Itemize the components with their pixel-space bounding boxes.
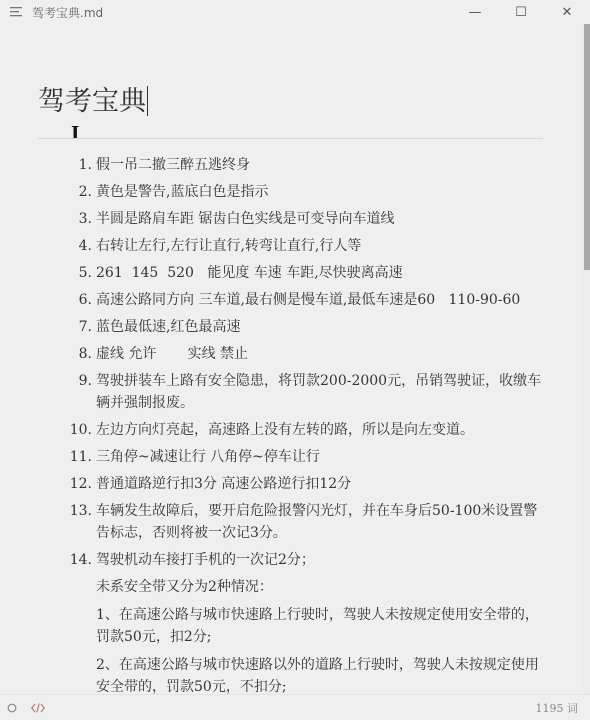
list-item[interactable]: 5.261 145 520 能见度 车速 车距,尽快驶离高速 xyxy=(0,260,546,287)
heading-divider xyxy=(38,138,543,139)
ibeam-cursor-icon: I xyxy=(71,123,79,144)
list-item[interactable]: 6.高速公路同方向 三车道,最右侧是慢车道,最低车速是60 110-90-60 xyxy=(0,287,546,314)
list-item[interactable]: 12.普通道路逆行扣3分 高速公路逆行扣12分 xyxy=(0,471,546,498)
list-item[interactable]: 1.假一吊二撤三醉五逃终身 xyxy=(0,152,546,179)
list-item[interactable]: 4.右转让左行,左行让直行,转弯让直行,行人等 xyxy=(0,233,546,260)
editor-content[interactable]: 驾考宝典 I 1.假一吊二撤三醉五逃终身 2.黄色是警告,蓝底白色是指示 3.半… xyxy=(0,24,583,694)
minimize-icon: — xyxy=(469,5,482,20)
list-item[interactable]: 8.虚线 允许 实线 禁止 xyxy=(0,341,546,368)
list-item[interactable]: 7.蓝色最低速,红色最高速 xyxy=(0,314,546,341)
window-title: 驾考宝典.md xyxy=(32,4,103,21)
list-item[interactable]: 10.左边方向灯亮起，高速路上没有左转的路，所以是向左变道。 xyxy=(0,417,546,444)
paragraph[interactable]: 2、在高速公路与城市快速路以外的道路上行驶时，驾驶人未按规定使用安全带的，罚款5… xyxy=(96,651,546,694)
paragraph[interactable]: 未系安全带又分为2种情况： xyxy=(96,574,546,601)
list-item[interactable]: 13.车辆发生故障后，要开启危险报警闪光灯，并在车身后50-100米设置警告标志… xyxy=(0,498,546,547)
word-count[interactable]: 1195 词 xyxy=(536,700,579,716)
status-bar: 1195 词 xyxy=(0,694,590,720)
document-heading[interactable]: 驾考宝典 xyxy=(38,84,148,120)
paragraph[interactable]: 1、在高速公路与城市快速路上行驶时，驾驶人未按规定使用安全带的，罚款50元，扣2… xyxy=(96,601,546,651)
list-item[interactable]: 9.驾驶拼装车上路有安全隐患，将罚款200-2000元，吊销驾驶证，收缴车辆并强… xyxy=(0,368,546,417)
list-item[interactable]: 3.半圆是路肩车距 锯齿白色实线是可变导向车道线 xyxy=(0,206,546,233)
close-button[interactable]: ✕ xyxy=(544,0,590,24)
window-controls: — ☐ ✕ xyxy=(452,0,590,24)
rules-list: 1.假一吊二撤三醉五逃终身 2.黄色是警告,蓝底白色是指示 3.半圆是路肩车距 … xyxy=(0,152,583,694)
circle-icon[interactable] xyxy=(0,703,24,713)
menu-icon[interactable] xyxy=(4,0,30,24)
maximize-icon: ☐ xyxy=(515,5,527,20)
close-icon: ✕ xyxy=(562,5,573,20)
code-icon[interactable] xyxy=(26,703,50,713)
maximize-button[interactable]: ☐ xyxy=(498,0,544,24)
text-caret xyxy=(147,86,148,116)
list-item[interactable]: 2.黄色是警告,蓝底白色是指示 xyxy=(0,179,546,206)
title-bar: 驾考宝典.md — ☐ ✕ xyxy=(0,0,590,24)
list-item[interactable]: 14. 驾驶机动车接打手机的一次记2分； 未系安全带又分为2种情况： 1、在高速… xyxy=(0,547,546,694)
vertical-scrollbar[interactable] xyxy=(583,24,590,694)
list-item[interactable]: 11.三角停~减速让行 八角停~停车让行 xyxy=(0,444,546,471)
list-item-paragraphs: 未系安全带又分为2种情况： 1、在高速公路与城市快速路上行驶时，驾驶人未按规定使… xyxy=(96,574,546,694)
scrollbar-thumb[interactable] xyxy=(584,24,590,270)
minimize-button[interactable]: — xyxy=(452,0,498,24)
